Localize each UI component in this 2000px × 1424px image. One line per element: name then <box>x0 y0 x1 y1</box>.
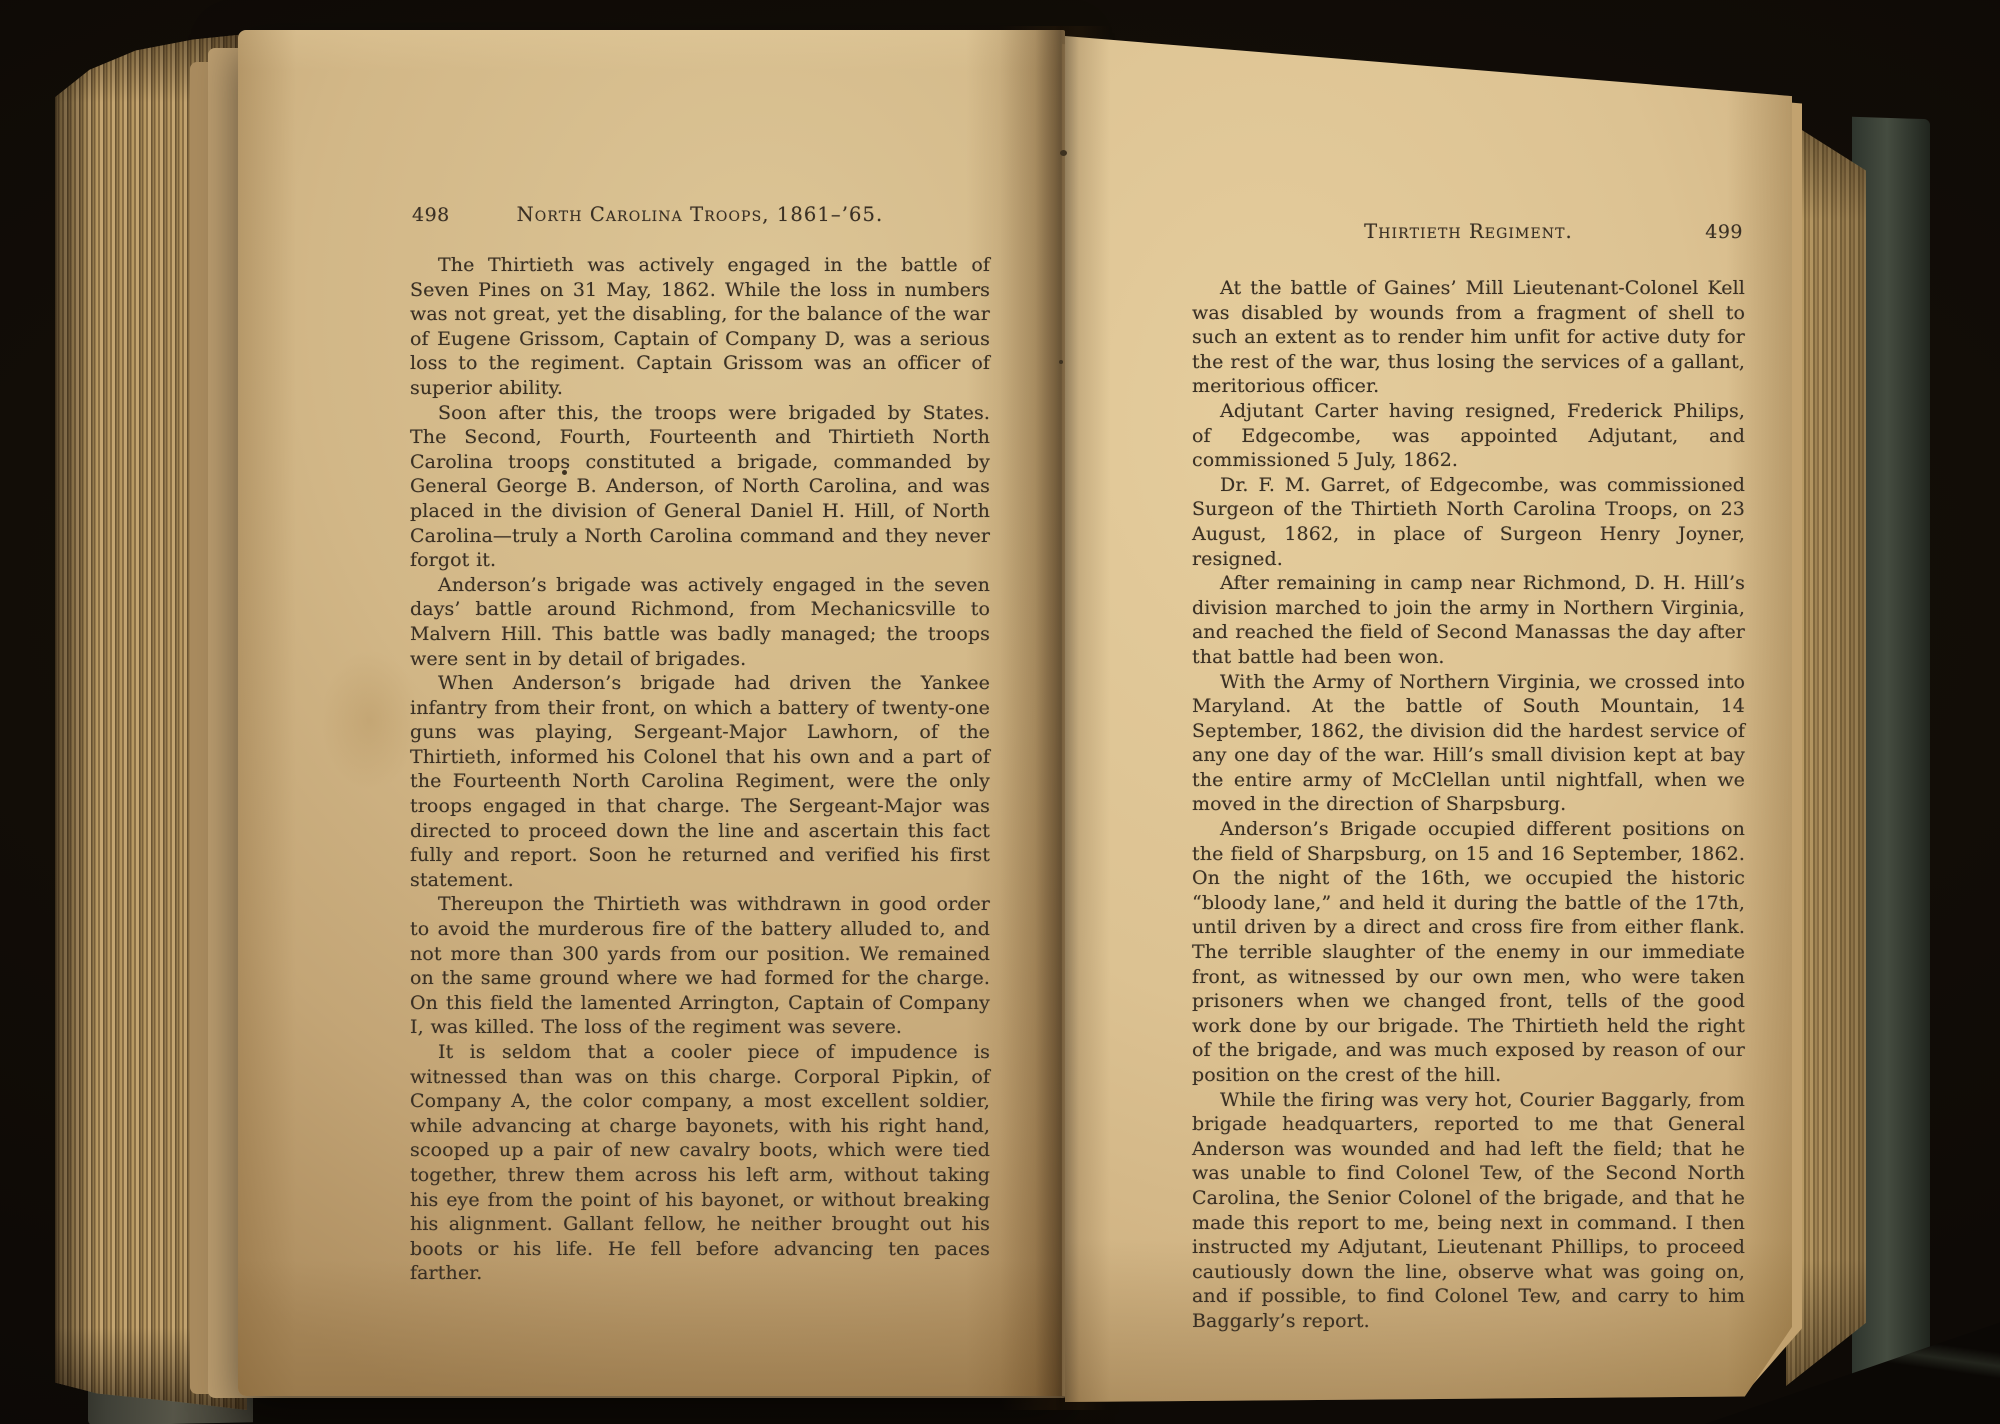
paragraph: At the battle of Gaines’ Mill Lieutenant… <box>1192 276 1745 399</box>
right-page-content: 499 Thirtieth Regiment. At the battle of… <box>1192 220 1745 1334</box>
paragraph: Anderson’s Brigade occupied different po… <box>1192 817 1745 1088</box>
ink-speck <box>1059 360 1063 364</box>
paragraph: The Thirtieth was actively engaged in th… <box>410 253 990 401</box>
right-page-number: 499 <box>1705 221 1743 243</box>
left-header-title: North Carolina Troops, 1861–’65. <box>410 203 990 226</box>
left-running-header: 498 North Carolina Troops, 1861–’65. <box>410 203 990 233</box>
paragraph: When Anderson’s brigade had driven the Y… <box>410 671 990 892</box>
right-header-title: Thirtieth Regiment. <box>1192 220 1745 243</box>
open-book-photo: 498 North Carolina Troops, 1861–’65. The… <box>0 0 2000 1424</box>
paragraph: Dr. F. M. Garret, of Edgecombe, was comm… <box>1192 473 1745 571</box>
left-page-text: The Thirtieth was actively engaged in th… <box>410 253 990 1286</box>
right-page-text: At the battle of Gaines’ Mill Lieutenant… <box>1192 276 1745 1334</box>
paragraph: While the firing was very hot, Courier B… <box>1192 1088 1745 1334</box>
paragraph: Thereupon the Thirtieth was withdrawn in… <box>410 892 990 1040</box>
left-page-number: 498 <box>412 204 450 226</box>
paragraph: Anderson’s brigade was actively engaged … <box>410 573 990 671</box>
paragraph: Soon after this, the troops were brigade… <box>410 401 990 573</box>
paragraph: Adjutant Carter having resigned, Frederi… <box>1192 399 1745 473</box>
paragraph: It is seldom that a cooler piece of impu… <box>410 1040 990 1286</box>
right-running-header: 499 Thirtieth Regiment. <box>1192 220 1745 250</box>
book-gutter-shadow <box>1000 26 1110 1410</box>
ink-speck <box>1060 150 1067 156</box>
paragraph: With the Army of Northern Virginia, we c… <box>1192 670 1745 818</box>
paragraph: After remaining in camp near Richmond, D… <box>1192 571 1745 669</box>
left-page-content: 498 North Carolina Troops, 1861–’65. The… <box>410 203 990 1286</box>
